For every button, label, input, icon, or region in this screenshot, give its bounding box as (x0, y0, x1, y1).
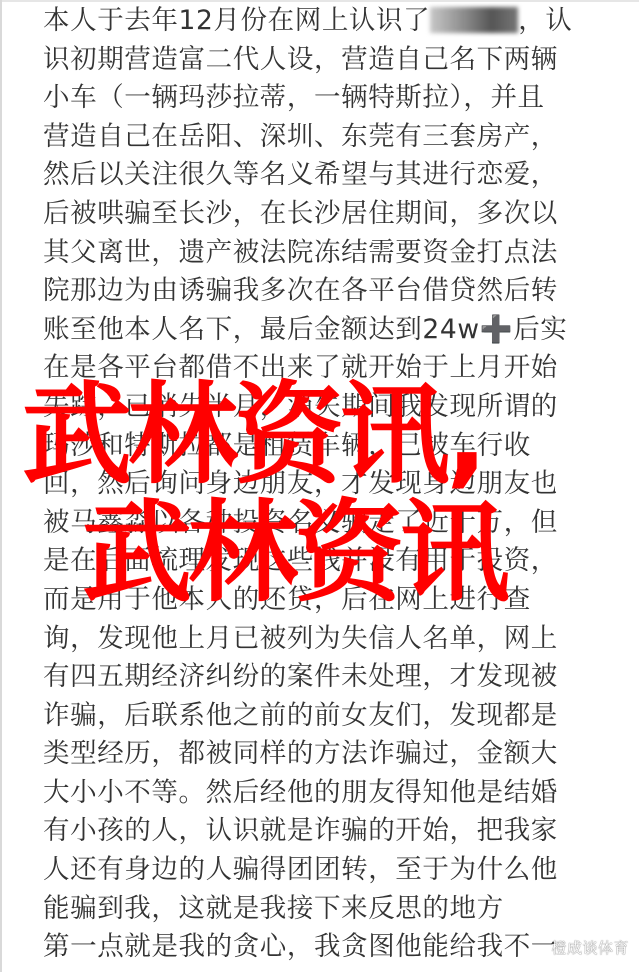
text-line: 其父离世，遗产被法院冻结需要资金打点法 (43, 234, 603, 273)
source-watermark: 橙成谈体育 (551, 937, 629, 958)
text-line: 本人于去年12月份在网上认识了，认 (43, 2, 603, 41)
text-line: 后被哄骗至长沙，在长沙居住期间，多次以 (43, 195, 603, 234)
text-line: 院那边为由诱骗我多次在各平台借贷然后转 (43, 272, 603, 311)
left-border (0, 0, 2, 972)
text-line: 大小小不等。然后经他的朋友得知他是结婚 (43, 774, 603, 813)
text-line: 账至他本人名下，最后金额达到24w➕后实 (43, 311, 603, 350)
redacted-name-blur (430, 7, 518, 33)
red-overlay-caption-1: 武林资讯, (22, 380, 484, 490)
text-line: 有小孩的人，认识就是诈骗的开始，把我家 (43, 812, 603, 851)
text-segment: ，认 (518, 5, 572, 36)
text-line: 有四五期经济纠纷的案件未处理，才发现被 (43, 658, 603, 697)
text-line: 识初期营造富二代人设，营造自己名下两辆 (43, 41, 603, 80)
text-line: 能骗到我，这就是我接下来反思的地方 (43, 890, 603, 929)
text-line: 营造自己在岳阳、深圳、东莞有三套房产， (43, 118, 603, 157)
text-line: 小车（一辆玛莎拉蒂，一辆特斯拉），并且 (43, 79, 603, 118)
text-line: 然后以关注很久等名义希望与其进行恋爱， (43, 156, 603, 195)
red-overlay-caption-2: 武林资讯 (82, 498, 506, 608)
text-line: 诈骗，后联系他之前的前女友们，发现都是 (43, 697, 603, 736)
text-line: 人还有身边的人骗得团团转，至于为什么他 (43, 851, 603, 890)
text-line: 类型经历，都被同样的方法诈骗过，金额大 (43, 735, 603, 774)
text-line: 第一点就是我的贪心，我贪图他能给我不一 (43, 928, 603, 967)
text-segment: 本人于去年12月份在网上认识了 (43, 5, 430, 36)
text-line: 询，发现他上月已被列为失信人名单，网上 (43, 620, 603, 659)
